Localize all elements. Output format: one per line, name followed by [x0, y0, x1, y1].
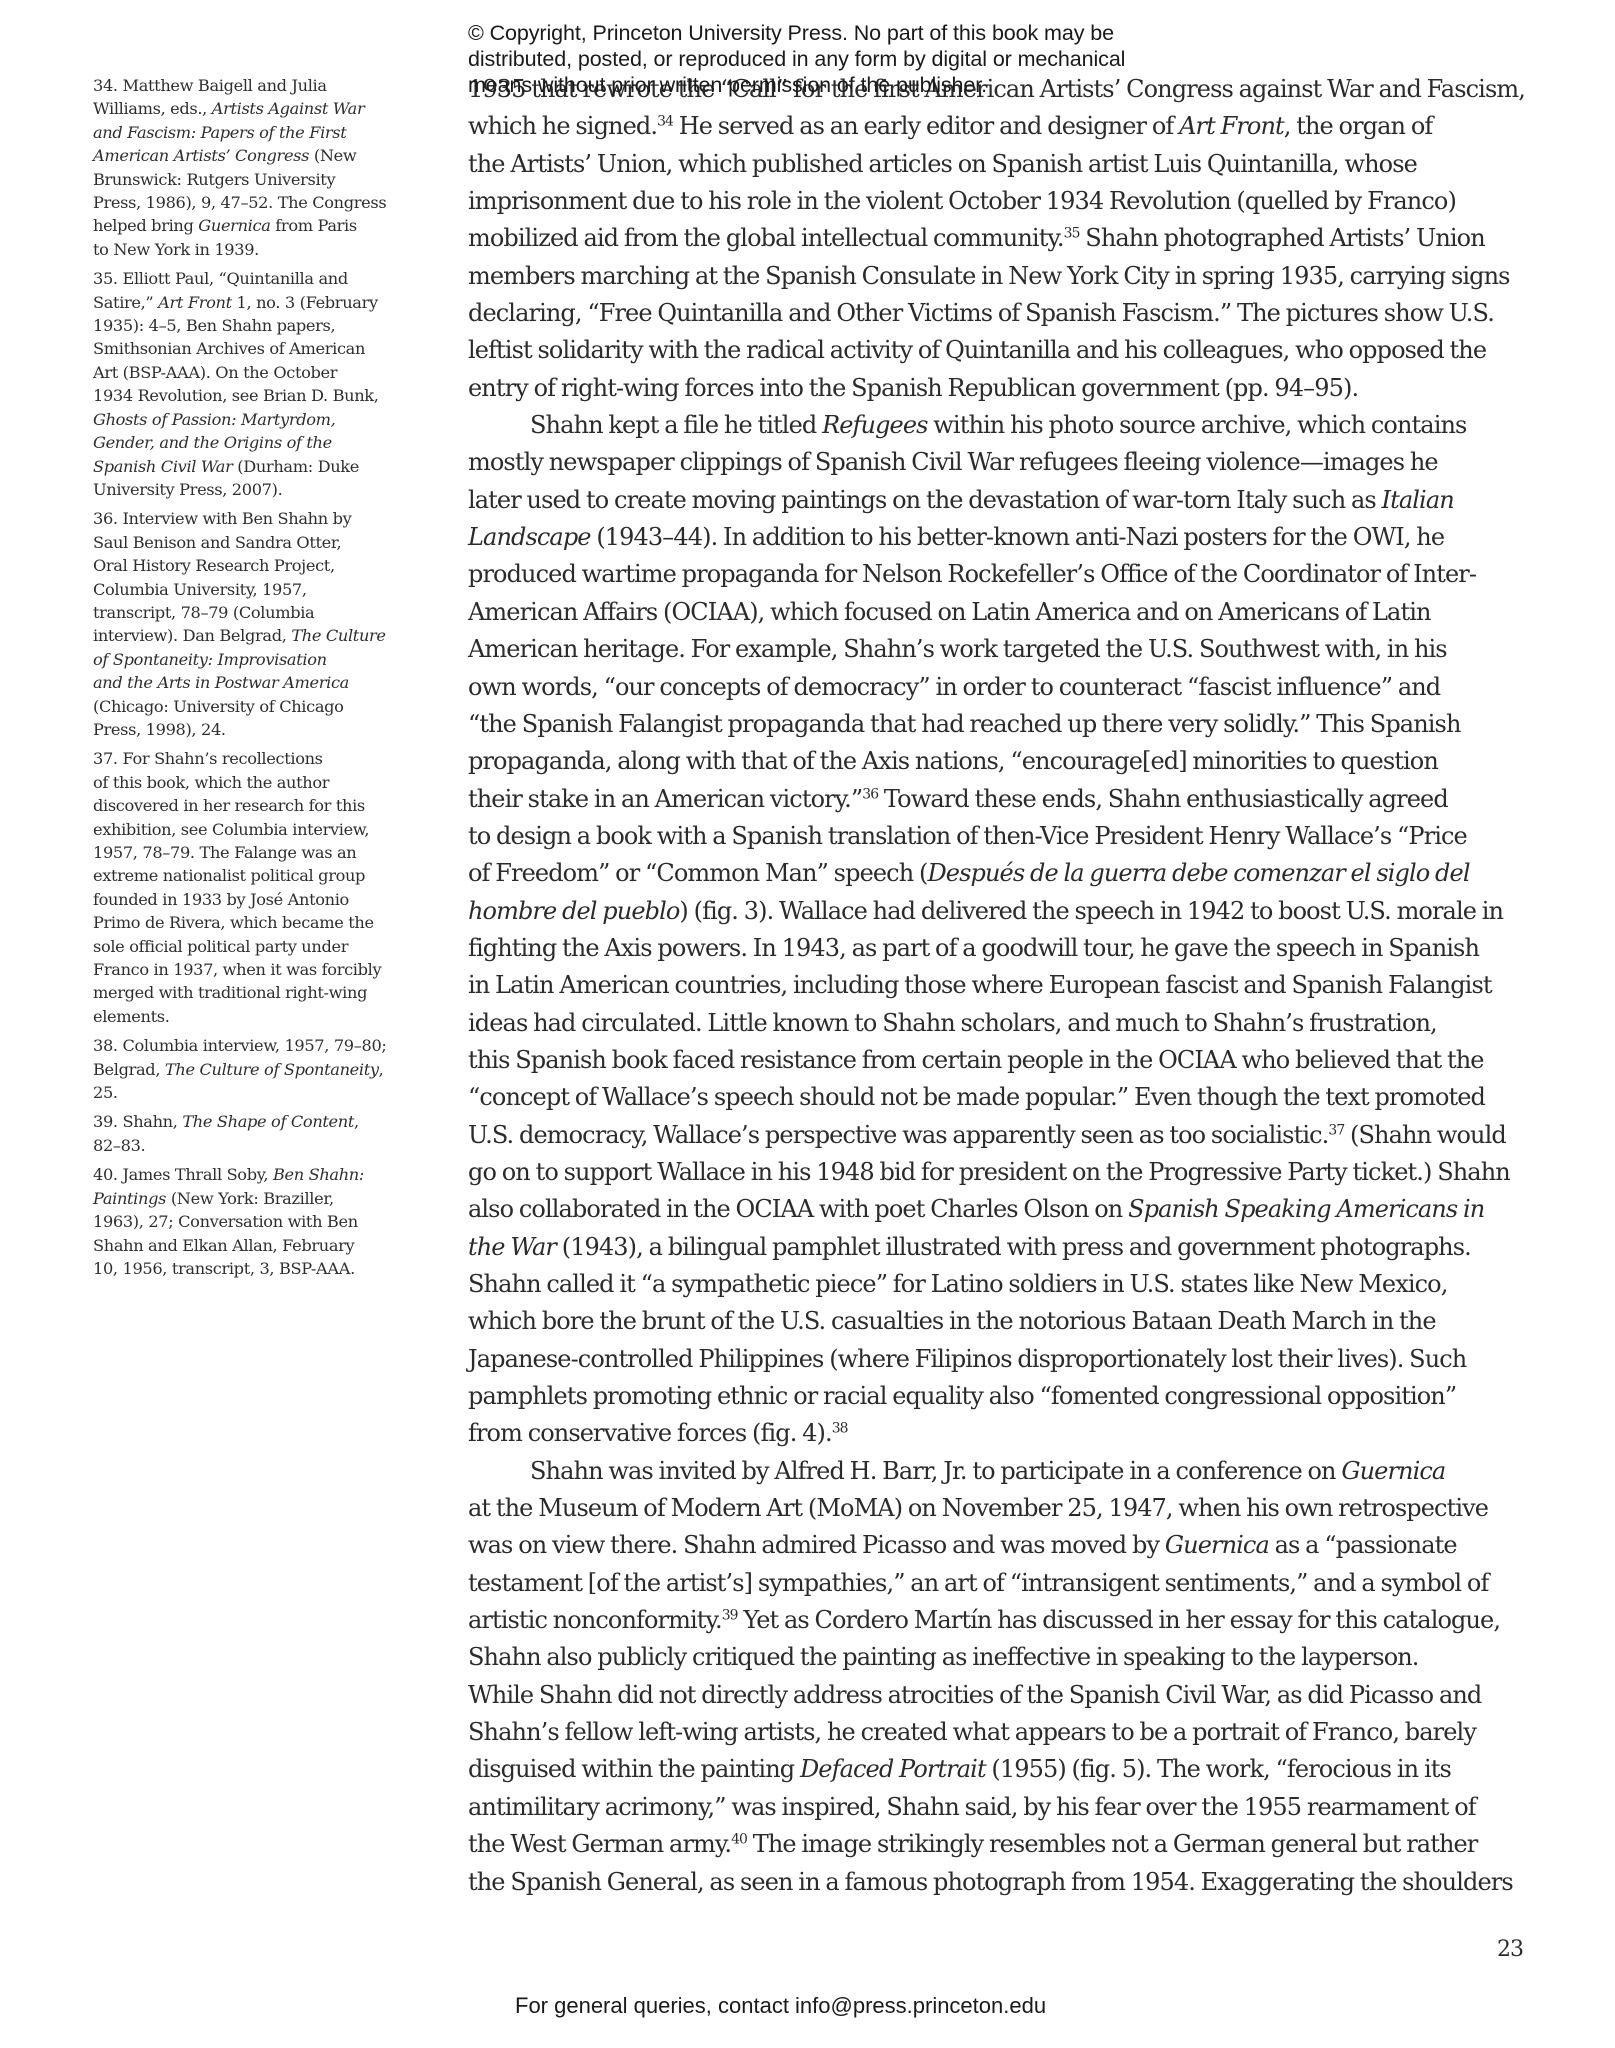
text-run: Shahn’s fellow left-wing artists, he cre… [468, 1718, 1476, 1746]
body-line: of Freedom” or “Common Man” speech (Desp… [468, 855, 1528, 892]
endnote-line: Satire,” Art Front 1, no. 3 (February [93, 291, 423, 314]
body-line: in Latin American countries, including t… [468, 967, 1528, 1004]
text-run: (1955) (fig. 5). The work, “ferocious in… [986, 1755, 1451, 1783]
body-line: pamphlets promoting ethnic or racial equ… [468, 1378, 1528, 1415]
endnote-line: extreme nationalist political group [93, 864, 423, 887]
text-run: later used to create moving paintings on… [468, 486, 1382, 514]
footnote-ref: 40 [731, 1832, 747, 1848]
text-run: 34. Matthew Baigell and Julia [93, 76, 327, 95]
text-run: their stake in an American victory.” [468, 785, 862, 813]
italic-title: Art Front [1179, 112, 1284, 140]
text-run: 1935): 4–5, Ben Shahn papers, [93, 316, 335, 335]
body-line: imprisonment due to his role in the viol… [468, 183, 1528, 220]
endnote-line: Smithsonian Archives of American [93, 337, 423, 360]
copyright-watermark: © Copyright, Princeton University Press.… [468, 20, 1188, 98]
text-run: University Press, 2007). [93, 480, 282, 499]
endnote-line: sole official political party under [93, 935, 423, 958]
text-run: transcript, 78–79 (Columbia [93, 603, 314, 622]
endnote-line: American Artists’ Congress (New [93, 144, 423, 167]
text-run: which he signed. [468, 112, 657, 140]
text-run: Toward these ends, Shahn enthusiasticall… [878, 785, 1448, 813]
body-line: go on to support Wallace in his 1948 bid… [468, 1154, 1528, 1191]
body-line: the West German army.40 The image striki… [468, 1826, 1528, 1863]
footnote-ref: 35 [1064, 226, 1080, 242]
endnote-line: Primo de Rivera, which became the [93, 911, 423, 934]
footnote-ref: 34 [657, 114, 673, 130]
book-page: © Copyright, Princeton University Press.… [0, 0, 1615, 2048]
body-line: While Shahn did not directly address atr… [468, 1677, 1528, 1714]
text-run: 82–83. [93, 1136, 145, 1155]
text-run: helped bring [93, 216, 198, 235]
text-run: Shahn also publicly critiqued the painti… [468, 1643, 1419, 1671]
body-line: later used to create moving paintings on… [468, 482, 1528, 519]
text-run: ) (fig. 3). Wallace had delivered the sp… [679, 897, 1503, 925]
watermark-line: distributed, posted, or reproduced in an… [468, 46, 1188, 72]
text-run: (1943–44). In addition to his better-kno… [591, 523, 1445, 551]
text-run: artistic nonconformity. [468, 1606, 722, 1634]
text-run: 40. James Thrall Soby, [93, 1165, 273, 1184]
text-run: Smithsonian Archives of American [93, 339, 365, 358]
endnote-line: 82–83. [93, 1134, 423, 1157]
endnote-line: helped bring Guernica from Paris [93, 214, 423, 237]
endnote-line: 36. Interview with Ben Shahn by [93, 507, 423, 530]
body-line: American Affairs (OCIAA), which focused … [468, 594, 1528, 631]
body-line: artistic nonconformity.39 Yet as Cordero… [468, 1602, 1528, 1639]
endnote-line: 1963), 27; Conversation with Ben [93, 1210, 423, 1233]
endnote-line: merged with traditional right-wing [93, 981, 423, 1004]
text-run: disguised within the painting [468, 1755, 800, 1783]
footnote-ref: 38 [832, 1421, 848, 1437]
text-run: in Latin American countries, including t… [468, 971, 1492, 999]
body-line: antimilitary acrimony,” was inspired, Sh… [468, 1789, 1528, 1826]
text-run: imprisonment due to his role in the viol… [468, 187, 1456, 215]
body-line: also collaborated in the OCIAA with poet… [468, 1191, 1528, 1228]
text-run: pamphlets promoting ethnic or racial equ… [468, 1382, 1456, 1410]
body-line: mobilized aid from the global intellectu… [468, 220, 1528, 257]
text-run: the Artists’ Union, which published arti… [468, 150, 1417, 178]
endnote-line: of Spontaneity: Improvisation [93, 648, 423, 671]
endnote-line: Belgrad, The Culture of Spontaneity, [93, 1058, 423, 1081]
text-run: elements. [93, 1007, 170, 1026]
italic-title: Art Front [158, 293, 232, 312]
body-line: the Artists’ Union, which published arti… [468, 146, 1528, 183]
text-run: 1957, 78–79. The Falange was an [93, 843, 356, 862]
page-number: 23 [1497, 1937, 1523, 1962]
endnote-40: 40. James Thrall Soby, Ben Shahn:Paintin… [93, 1163, 423, 1280]
paragraph-start-line: Shahn was invited by Alfred H. Barr, Jr.… [468, 1453, 1528, 1490]
italic-title: Ghosts of Passion: Martyrdom, [93, 410, 335, 429]
text-run: 25. [93, 1083, 118, 1102]
text-run: Shahn was invited by Alfred H. Barr, Jr.… [530, 1457, 1341, 1485]
italic-title: Landscape [468, 523, 591, 551]
body-line: this Spanish book faced resistance from … [468, 1042, 1528, 1079]
text-run: merged with traditional right-wing [93, 983, 367, 1002]
endnote-line: Press, 1986), 9, 47–52. The Congress [93, 191, 423, 214]
text-run: founded in 1933 by José Antonio [93, 890, 349, 909]
text-run: interview). Dan Belgrad, [93, 626, 291, 645]
body-line: Landscape (1943–44). In addition to his … [468, 519, 1528, 556]
paragraph-start-line: Shahn kept a file he titled Refugees wit… [468, 407, 1528, 444]
endnote-line: 40. James Thrall Soby, Ben Shahn: [93, 1163, 423, 1186]
text-run: U.S. democracy, Wallace’s perspective wa… [468, 1121, 1328, 1149]
text-run: this Spanish book faced resistance from … [468, 1046, 1484, 1074]
italic-title: Después de la guerra debe comenzar el si… [927, 859, 1469, 887]
endnote-line: 37. For Shahn’s recollections [93, 747, 423, 770]
body-line: “the Spanish Falangist propaganda that h… [468, 706, 1528, 743]
italic-title: Paintings [93, 1189, 166, 1208]
text-run: Belgrad, [93, 1060, 165, 1079]
endnote-line: Gender, and the Origins of the [93, 431, 423, 454]
body-line: “concept of Wallace’s speech should not … [468, 1079, 1528, 1116]
body-line: Shahn also publicly critiqued the painti… [468, 1639, 1528, 1676]
endnote-line: Shahn and Elkan Allan, February [93, 1234, 423, 1257]
text-run: antimilitary acrimony,” was inspired, Sh… [468, 1793, 1476, 1821]
text-run: Williams, eds., [93, 99, 212, 118]
text-run: fighting the Axis powers. In 1943, as pa… [468, 934, 1479, 962]
italic-title: Gender, and the Origins of the [93, 433, 332, 452]
endnote-line: 10, 1956, transcript, 3, BSP-AAA. [93, 1257, 423, 1280]
body-line: leftist solidarity with the radical acti… [468, 332, 1528, 369]
text-run: produced wartime propaganda for Nelson R… [468, 560, 1476, 588]
text-run: (Chicago: University of Chicago [93, 697, 344, 716]
endnote-38: 38. Columbia interview, 1957, 79–80;Belg… [93, 1034, 423, 1104]
text-run: entry of right-wing forces into the Span… [468, 374, 1358, 402]
text-run: Franco in 1937, when it was forcibly [93, 960, 381, 979]
text-run: mostly newspaper clippings of Spanish Ci… [468, 448, 1438, 476]
text-run: (New [309, 146, 356, 165]
text-run: as a “passionate [1269, 1531, 1457, 1559]
text-run: Shahn kept a file he titled [530, 411, 822, 439]
text-run: American Affairs (OCIAA), which focused … [468, 598, 1431, 626]
text-run: within his photo source archive, which c… [928, 411, 1467, 439]
body-line: own words, “our concepts of democracy” i… [468, 669, 1528, 706]
body-line: testament [of the artist’s] sympathies,”… [468, 1565, 1528, 1602]
text-run: of this book, which the author [93, 773, 329, 792]
endnote-line: elements. [93, 1005, 423, 1028]
text-run: 1934 Revolution, see Brian D. Bunk, [93, 386, 379, 405]
endnote-line: exhibition, see Columbia interview, [93, 818, 423, 841]
text-run: (New York: Braziller, [166, 1189, 334, 1208]
italic-title: Italian [1382, 486, 1454, 514]
text-run: 1, no. 3 (February [232, 293, 378, 312]
italic-title: Spanish Civil War [93, 457, 232, 476]
text-run: exhibition, see Columbia interview, [93, 820, 369, 839]
text-run: Satire,” [93, 293, 158, 312]
body-line: U.S. democracy, Wallace’s perspective wa… [468, 1117, 1528, 1154]
text-run: leftist solidarity with the radical acti… [468, 336, 1486, 364]
text-run: the Spanish General, as seen in a famous… [468, 1868, 1513, 1896]
text-run: , the organ of [1284, 112, 1433, 140]
text-run: also collaborated in the OCIAA with poet… [468, 1195, 1128, 1223]
body-line: at the Museum of Modern Art (MoMA) on No… [468, 1490, 1528, 1527]
main-body-text: 1935 that rewrote the “Call” for the fir… [468, 71, 1528, 1901]
endnote-line: founded in 1933 by José Antonio [93, 888, 423, 911]
text-run: Primo de Rivera, which became the [93, 913, 374, 932]
text-run: Columbia University, 1957, [93, 580, 307, 599]
italic-title: Spanish Speaking Americans in [1128, 1195, 1484, 1223]
endnote-36: 36. Interview with Ben Shahn bySaul Beni… [93, 507, 423, 741]
footnote-ref: 39 [722, 1607, 738, 1623]
text-run: Saul Benison and Sandra Otter, [93, 533, 341, 552]
text-run: Press, 1998), 24. [93, 720, 226, 739]
text-run: the West German army. [468, 1830, 731, 1858]
text-run: , [354, 1112, 359, 1131]
text-run: Press, 1986), 9, 47–52. The Congress [93, 193, 386, 212]
text-run: members marching at the Spanish Consulat… [468, 262, 1510, 290]
text-run: (Durham: Duke [232, 457, 359, 476]
text-run: declaring, “Free Quintanilla and Other V… [468, 299, 1494, 327]
body-line: entry of right-wing forces into the Span… [468, 370, 1528, 407]
text-run: own words, “our concepts of democracy” i… [468, 673, 1440, 701]
endnote-line: 39. Shahn, The Shape of Content, [93, 1110, 423, 1133]
body-line: was on view there. Shahn admired Picasso… [468, 1527, 1528, 1564]
text-run: which bore the brunt of the U.S. casualt… [468, 1307, 1436, 1335]
endnote-37: 37. For Shahn’s recollectionsof this boo… [93, 747, 423, 1028]
text-run: Brunswick: Rutgers University [93, 170, 335, 189]
body-line: fighting the Axis powers. In 1943, as pa… [468, 930, 1528, 967]
endnote-line: Franco in 1937, when it was forcibly [93, 958, 423, 981]
italic-title: Defaced Portrait [800, 1755, 986, 1783]
text-run: Shahn and Elkan Allan, February [93, 1236, 354, 1255]
endnote-line: Ghosts of Passion: Martyrdom, [93, 408, 423, 431]
body-line: which he signed.34 He served as an early… [468, 108, 1528, 145]
endnote-line: 1957, 78–79. The Falange was an [93, 841, 423, 864]
text-run: Japanese-controlled Philippines (where F… [468, 1345, 1466, 1373]
endnote-line: and Fascism: Papers of the First [93, 121, 423, 144]
text-run: 1963), 27; Conversation with Ben [93, 1212, 358, 1231]
endnote-line: transcript, 78–79 (Columbia [93, 601, 423, 624]
text-run: go on to support Wallace in his 1948 bid… [468, 1158, 1510, 1186]
text-run: mobilized aid from the global intellectu… [468, 224, 1064, 252]
body-line: ideas had circulated. Little known to Sh… [468, 1005, 1528, 1042]
body-line: Japanese-controlled Philippines (where F… [468, 1341, 1528, 1378]
endnote-line: Spanish Civil War (Durham: Duke [93, 455, 423, 478]
text-run: 36. Interview with Ben Shahn by [93, 509, 351, 528]
italic-title: The Shape of Content [182, 1112, 354, 1131]
endnote-line: Paintings (New York: Braziller, [93, 1187, 423, 1210]
italic-title: Guernica [1341, 1457, 1445, 1485]
body-line: hombre del pueblo) (fig. 3). Wallace had… [468, 893, 1528, 930]
text-run: to New York in 1939. [93, 240, 259, 259]
text-run: of Freedom” or “Common Man” speech ( [468, 859, 927, 887]
body-line: from conservative forces (fig. 4).38 [468, 1415, 1528, 1452]
text-run: Art (BSP-AAA). On the October [93, 363, 337, 382]
italic-title: and the Arts in Postwar America [93, 673, 349, 692]
text-run: Yet as Cordero Martín has discussed in h… [738, 1606, 1500, 1634]
text-run: 10, 1956, transcript, 3, BSP-AAA. [93, 1259, 355, 1278]
italic-title: Artists Against War [212, 99, 365, 118]
endnote-line: 25. [93, 1081, 423, 1104]
text-run: 37. For Shahn’s recollections [93, 749, 323, 768]
endnotes-column: 34. Matthew Baigell and JuliaWilliams, e… [93, 74, 423, 1286]
endnote-34: 34. Matthew Baigell and JuliaWilliams, e… [93, 74, 423, 261]
text-run: 39. Shahn, [93, 1112, 182, 1131]
watermark-line: means without prior written permission o… [468, 72, 1188, 98]
endnote-line: interview). Dan Belgrad, The Culture [93, 624, 423, 647]
body-line: members marching at the Spanish Consulat… [468, 258, 1528, 295]
text-run: Oral History Research Project, [93, 556, 335, 575]
footnote-ref: 36 [862, 786, 878, 802]
endnote-line: University Press, 2007). [93, 478, 423, 501]
body-line: produced wartime propaganda for Nelson R… [468, 556, 1528, 593]
endnote-39: 39. Shahn, The Shape of Content,82–83. [93, 1110, 423, 1157]
endnote-line: 35. Elliott Paul, “Quintanilla and [93, 267, 423, 290]
body-line: disguised within the painting Defaced Po… [468, 1751, 1528, 1788]
text-run: ideas had circulated. Little known to Sh… [468, 1009, 1437, 1037]
endnote-35: 35. Elliott Paul, “Quintanilla andSatire… [93, 267, 423, 501]
body-line: propaganda, along with that of the Axis … [468, 743, 1528, 780]
italic-title: hombre del pueblo [468, 897, 679, 925]
endnote-line: Williams, eds., Artists Against War [93, 97, 423, 120]
body-line: which bore the brunt of the U.S. casualt… [468, 1303, 1528, 1340]
text-run: (1943), a bilingual pamphlet illustrated… [556, 1233, 1471, 1261]
endnote-line: 1935): 4–5, Ben Shahn papers, [93, 314, 423, 337]
body-line: the War (1943), a bilingual pamphlet ill… [468, 1229, 1528, 1266]
text-run: Shahn called it “a sympathetic piece” fo… [468, 1270, 1447, 1298]
text-run: propaganda, along with that of the Axis … [468, 747, 1438, 775]
body-line: their stake in an American victory.”36 T… [468, 781, 1528, 818]
endnote-line: Oral History Research Project, [93, 554, 423, 577]
endnote-line: 38. Columbia interview, 1957, 79–80; [93, 1034, 423, 1057]
italic-title: American Artists’ Congress [93, 146, 309, 165]
italic-title: the War [468, 1233, 556, 1261]
text-run: extreme nationalist political group [93, 866, 365, 885]
endnote-line: (Chicago: University of Chicago [93, 695, 423, 718]
endnote-line: Art (BSP-AAA). On the October [93, 361, 423, 384]
body-line: to design a book with a Spanish translat… [468, 818, 1528, 855]
text-run: Shahn photographed Artists’ Union [1080, 224, 1485, 252]
text-run: He served as an early editor and designe… [673, 112, 1179, 140]
endnote-line: 34. Matthew Baigell and Julia [93, 74, 423, 97]
footer-contact: For general queries, contact info@press.… [515, 1993, 1046, 2019]
footnote-ref: 37 [1328, 1122, 1344, 1138]
text-run: American heritage. For example, Shahn’s … [468, 635, 1447, 663]
endnote-line: Saul Benison and Sandra Otter, [93, 531, 423, 554]
text-run: , [379, 1060, 384, 1079]
text-run: (Shahn would [1344, 1121, 1506, 1149]
body-line: mostly newspaper clippings of Spanish Ci… [468, 444, 1528, 481]
italic-title: Guernica [1165, 1531, 1269, 1559]
endnote-line: Columbia University, 1957, [93, 578, 423, 601]
endnote-line: 1934 Revolution, see Brian D. Bunk, [93, 384, 423, 407]
endnote-line: Press, 1998), 24. [93, 718, 423, 741]
italic-title: Refugees [822, 411, 928, 439]
italic-title: Guernica [198, 216, 270, 235]
watermark-line: © Copyright, Princeton University Press.… [468, 20, 1188, 46]
body-line: the Spanish General, as seen in a famous… [468, 1864, 1528, 1901]
text-run: The image strikingly resembles not a Ger… [747, 1830, 1477, 1858]
endnote-line: of this book, which the author [93, 771, 423, 794]
text-run: to design a book with a Spanish translat… [468, 822, 1467, 850]
italic-title: and Fascism: Papers of the First [93, 123, 346, 142]
body-line: Shahn’s fellow left-wing artists, he cre… [468, 1714, 1528, 1751]
text-run: from Paris [271, 216, 357, 235]
text-run: from conservative forces (fig. 4). [468, 1419, 832, 1447]
text-run: sole official political party under [93, 937, 348, 956]
endnote-line: and the Arts in Postwar America [93, 671, 423, 694]
italic-title: of Spontaneity: Improvisation [93, 650, 327, 669]
body-line: declaring, “Free Quintanilla and Other V… [468, 295, 1528, 332]
endnote-line: Brunswick: Rutgers University [93, 168, 423, 191]
text-run: was on view there. Shahn admired Picasso… [468, 1531, 1165, 1559]
text-run: testament [of the artist’s] sympathies,”… [468, 1569, 1488, 1597]
italic-title: The Culture [291, 626, 385, 645]
text-run: 38. Columbia interview, 1957, 79–80; [93, 1036, 387, 1055]
text-run: discovered in her research for this [93, 796, 365, 815]
endnote-line: discovered in her research for this [93, 794, 423, 817]
text-run: 35. Elliott Paul, “Quintanilla and [93, 269, 348, 288]
text-run: While Shahn did not directly address atr… [468, 1681, 1481, 1709]
text-run: “concept of Wallace’s speech should not … [468, 1083, 1485, 1111]
italic-title: Ben Shahn: [273, 1165, 364, 1184]
text-run: “the Spanish Falangist propaganda that h… [468, 710, 1461, 738]
italic-title: The Culture of Spontaneity [165, 1060, 379, 1079]
text-run: at the Museum of Modern Art (MoMA) on No… [468, 1494, 1488, 1522]
endnote-line: to New York in 1939. [93, 238, 423, 261]
body-line: American heritage. For example, Shahn’s … [468, 631, 1528, 668]
body-line: Shahn called it “a sympathetic piece” fo… [468, 1266, 1528, 1303]
